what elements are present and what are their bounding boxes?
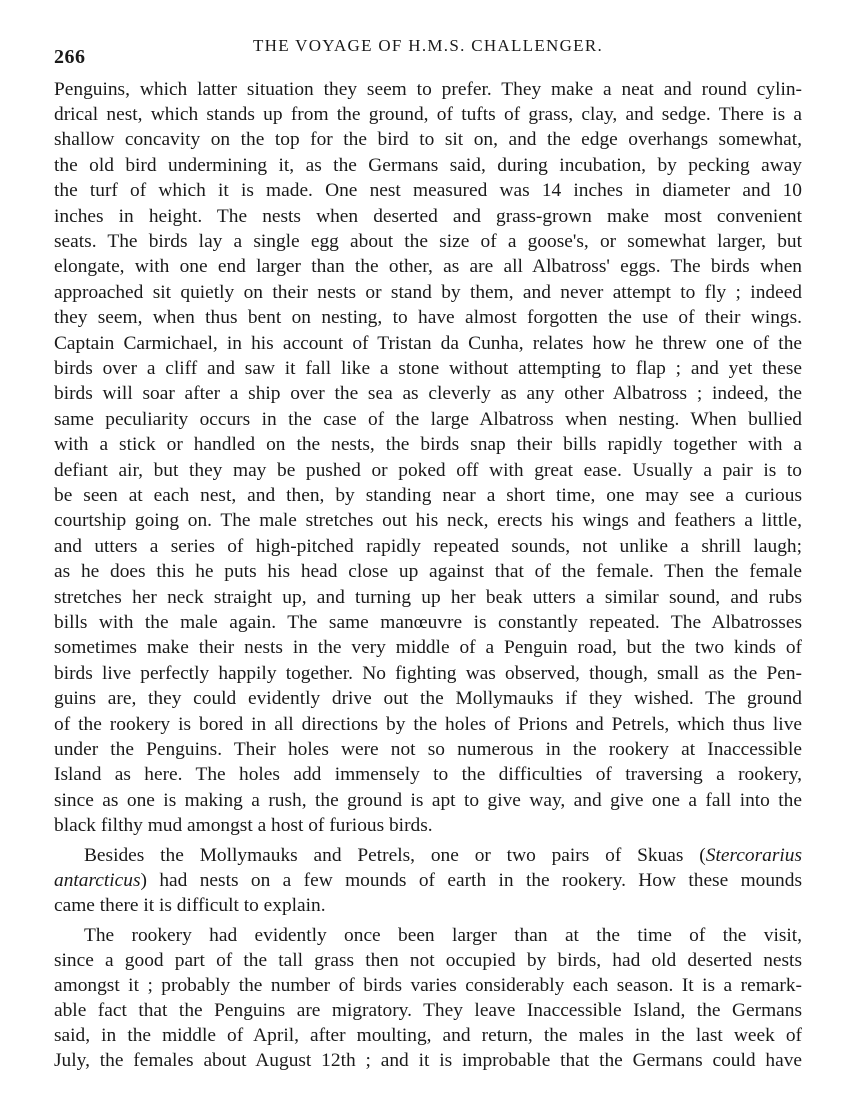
text-line: same peculiarity occurs in the case of t… (54, 408, 802, 432)
text-line: bills with the male again. The same manœ… (54, 611, 802, 635)
species-name-italic: antarcticus (54, 870, 141, 891)
text-line: antarcticus) had nests on a few mounds o… (54, 869, 802, 893)
text-line: birds live perfectly happily together. N… (54, 662, 802, 686)
species-name-italic: Stercorarius (706, 845, 802, 866)
text-line: black filthy mud amongst a host of furio… (54, 814, 802, 838)
text-line: Besides the Mollymauks and Petrels, one … (84, 844, 802, 868)
text-line: said, in the middle of April, after moul… (54, 1024, 802, 1048)
text-span: Besides the Mollymauks and Petrels, one … (84, 845, 706, 866)
text-line: drical nest, which stands up from the gr… (54, 103, 802, 127)
text-line: inches in height. The nests when deserte… (54, 205, 802, 229)
text-line: and utters a series of high-pitched rapi… (54, 535, 802, 559)
text-line: seats. The birds lay a single egg about … (54, 230, 802, 254)
text-line: approached sit quietly on their nests or… (54, 281, 802, 305)
text-line: stretches her neck straight up, and turn… (54, 586, 802, 610)
text-line: came there it is difficult to explain. (54, 894, 802, 918)
text-line: be seen at each nest, and then, by stand… (54, 484, 802, 508)
text-line: The rookery had evidently once been larg… (84, 924, 802, 948)
text-line: under the Penguins. Their holes were not… (54, 738, 802, 762)
text-line: with a stick or handled on the nests, th… (54, 433, 802, 457)
text-line: able fact that the Penguins are migrator… (54, 999, 802, 1023)
text-line: birds over a cliff and saw it fall like … (54, 357, 802, 381)
text-line: since a good part of the tall grass then… (54, 949, 802, 973)
text-line: Captain Carmichael, in his account of Tr… (54, 332, 802, 356)
text-line: courtship going on. The male stretches o… (54, 509, 802, 533)
text-line: guins are, they could evidently drive ou… (54, 687, 802, 711)
text-line: July, the females about August 12th ; an… (54, 1049, 802, 1073)
text-line: Island as here. The holes add immensely … (54, 763, 802, 787)
text-span: ) had nests on a few mounds of earth in … (141, 870, 802, 891)
book-page: 266 THE VOYAGE OF H.M.S. CHALLENGER. Pen… (0, 0, 850, 1100)
text-line: birds will soar after a ship over the se… (54, 382, 802, 406)
text-line: Penguins, which latter situation they se… (54, 78, 802, 102)
text-line: the turf of which it is made. One nest m… (54, 179, 802, 203)
text-line: the old bird undermining it, as the Germ… (54, 154, 802, 178)
running-head: THE VOYAGE OF H.M.S. CHALLENGER. (54, 36, 802, 56)
page-header: 266 THE VOYAGE OF H.M.S. CHALLENGER. (54, 36, 802, 66)
text-line: as he does this he puts his head close u… (54, 560, 802, 584)
text-line: amongst it ; probably the number of bird… (54, 974, 802, 998)
text-line: since as one is making a rush, the groun… (54, 789, 802, 813)
text-line: elongate, with one end larger than the o… (54, 255, 802, 279)
text-line: shallow concavity on the top for the bir… (54, 128, 802, 152)
text-line: sometimes make their nests in the very m… (54, 636, 802, 660)
text-line: they seem, when thus bent on nesting, to… (54, 306, 802, 330)
text-line: of the rookery is bored in all direction… (54, 713, 802, 737)
text-line: defiant air, but they may be pushed or p… (54, 459, 802, 483)
